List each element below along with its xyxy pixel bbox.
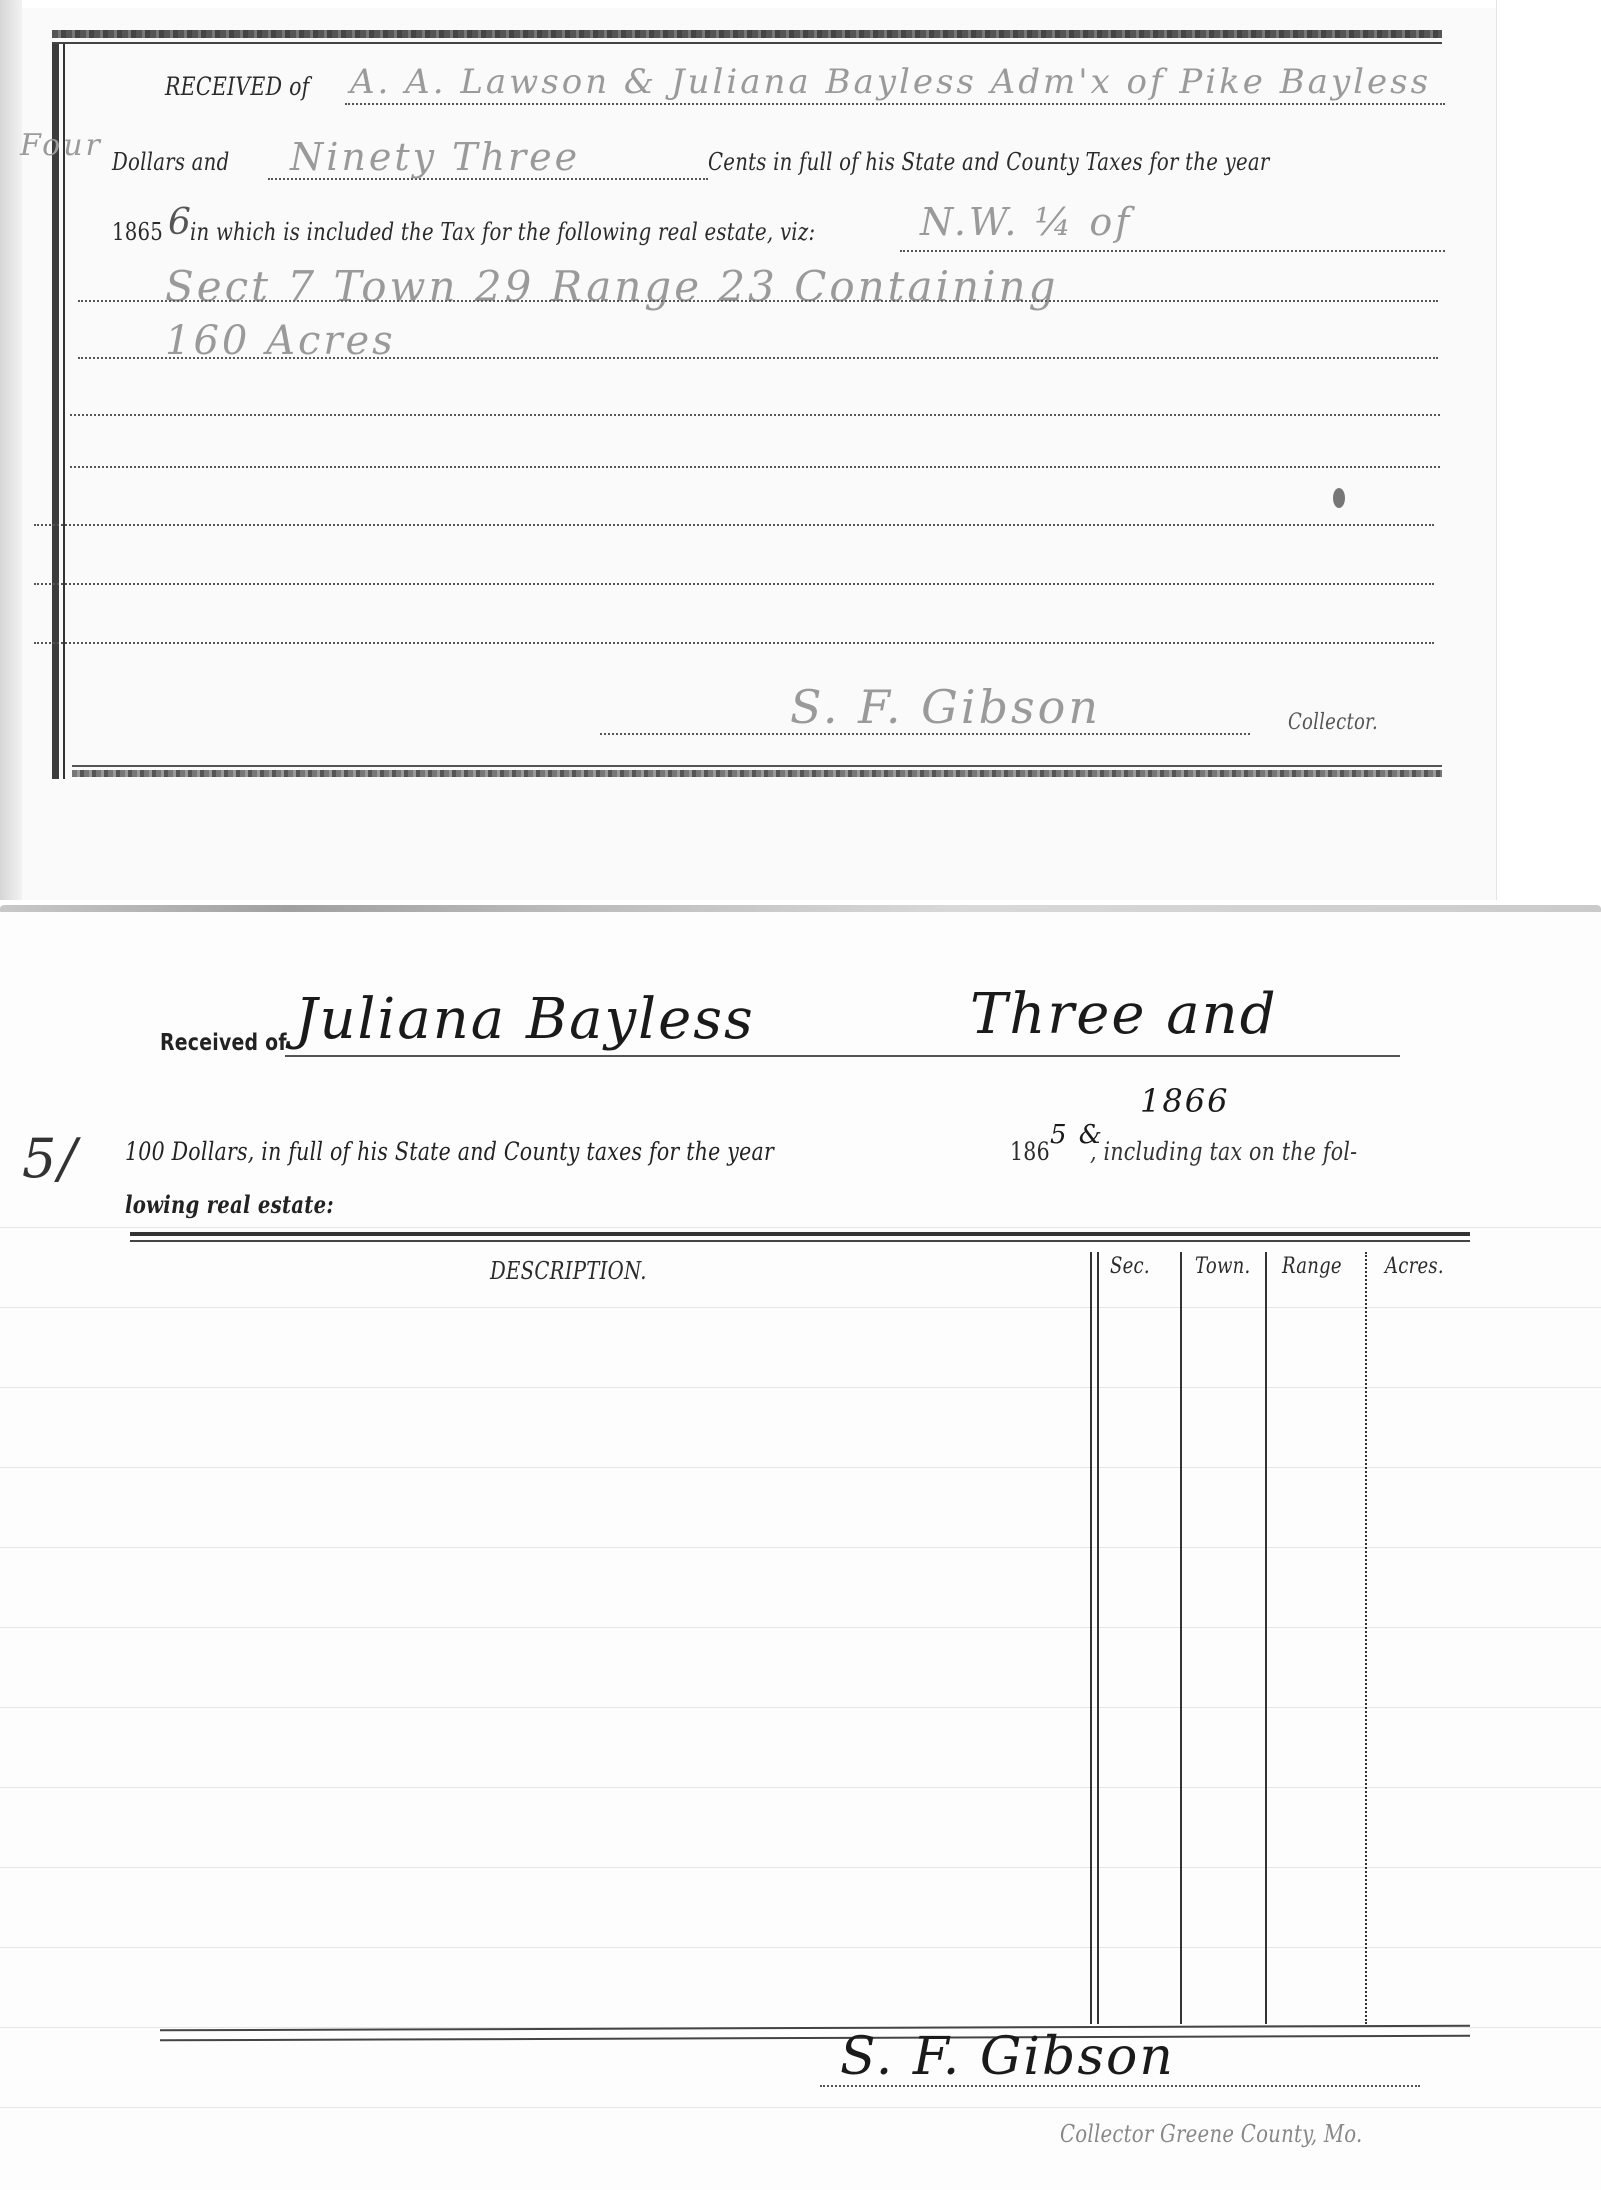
scan-right-edge: [1496, 0, 1601, 900]
ink-blot: [1333, 488, 1345, 508]
ornamental-bottom-rule: [72, 770, 1442, 777]
description-line-6: [34, 524, 1434, 526]
payer-line: [285, 1055, 1400, 1057]
table-bottom-rule-2: [160, 2035, 1470, 2042]
payer-handwriting: A. A. Lawson & Juliana Bayless Adm'x of …: [350, 62, 1431, 102]
dollars-margin-handwriting: Four: [20, 128, 103, 163]
top-rule-line: [52, 42, 1442, 44]
collector-county-label: Collector Greene County, Mo.: [1060, 2120, 1363, 2148]
amount-label: 100 Dollars, in full of his State and Co…: [125, 1137, 774, 1166]
scan-left-shadow: [0, 0, 22, 900]
collector-signature: S. F. Gibson: [840, 2027, 1175, 2087]
year-prefix: 186: [1010, 1137, 1050, 1166]
including-label: , including tax on the fol-: [1090, 1137, 1357, 1166]
column-divider-range: [1265, 1252, 1267, 2024]
receipt-top-sheet: RECEIVED of A. A. Lawson & Juliana Bayle…: [0, 0, 1601, 900]
ornamental-top-rule: [52, 30, 1442, 38]
collector-label: Collector.: [1288, 710, 1378, 735]
amount-words-handwriting: Three and: [970, 982, 1278, 1047]
header-acres: Acres.: [1385, 1254, 1444, 1279]
description-handwriting-2: Sect 7 Town 29 Range 23 Containing: [165, 262, 1058, 311]
scan-top-edge: [0, 0, 1601, 8]
payer-line: [345, 103, 1445, 105]
year-prefix: 1865: [112, 218, 163, 246]
table-top-rule-thin: [130, 1240, 1470, 1242]
column-divider-sec-left-a: [1090, 1252, 1092, 2024]
description-line-8: [34, 642, 1434, 644]
column-divider-sec-left-b: [1097, 1252, 1099, 2024]
collector-signature: S. F. Gibson: [790, 680, 1101, 734]
cents-handwriting: Ninety Three: [290, 135, 580, 179]
header-range: Range: [1282, 1254, 1342, 1279]
header-description: DESCRIPTION.: [490, 1257, 647, 1285]
column-divider-town: [1180, 1252, 1182, 2024]
received-of-label: RECEIVED of: [165, 72, 310, 101]
receipt-top-frame: [52, 30, 1452, 790]
received-of-label: Received of: [160, 1030, 287, 1056]
header-town: Town.: [1195, 1254, 1251, 1279]
margin-fraction-handwriting: 5/: [22, 1127, 79, 1190]
column-divider-acres: [1365, 1252, 1367, 2024]
dollars-label: Dollars and: [112, 148, 229, 176]
bottom-rule-line: [72, 765, 1442, 767]
table-bottom-rule: [160, 2025, 1470, 2032]
description-line-7: [34, 583, 1434, 585]
payer-handwriting: Juliana Bayless: [295, 987, 755, 1052]
description-handwriting-1: N.W. ¼ of: [920, 200, 1132, 244]
cents-label: Cents in full of his State and County Ta…: [708, 148, 1270, 176]
description-line-4: [70, 414, 1440, 416]
description-line-5: [70, 466, 1440, 468]
description-line-3: [78, 357, 1438, 359]
description-line-2: [78, 300, 1438, 302]
header-sec: Sec.: [1110, 1254, 1150, 1279]
continuation-label: lowing real estate:: [125, 1190, 334, 1219]
receipt-bottom-sheet: Received of Juliana Bayless Three and 5/…: [0, 912, 1601, 2190]
year-above-handwriting: 1866: [1140, 1082, 1229, 1120]
description-line-1: [900, 250, 1445, 252]
table-top-rule: [130, 1232, 1470, 1236]
included-label: in which is included the Tax for the fol…: [190, 218, 815, 246]
